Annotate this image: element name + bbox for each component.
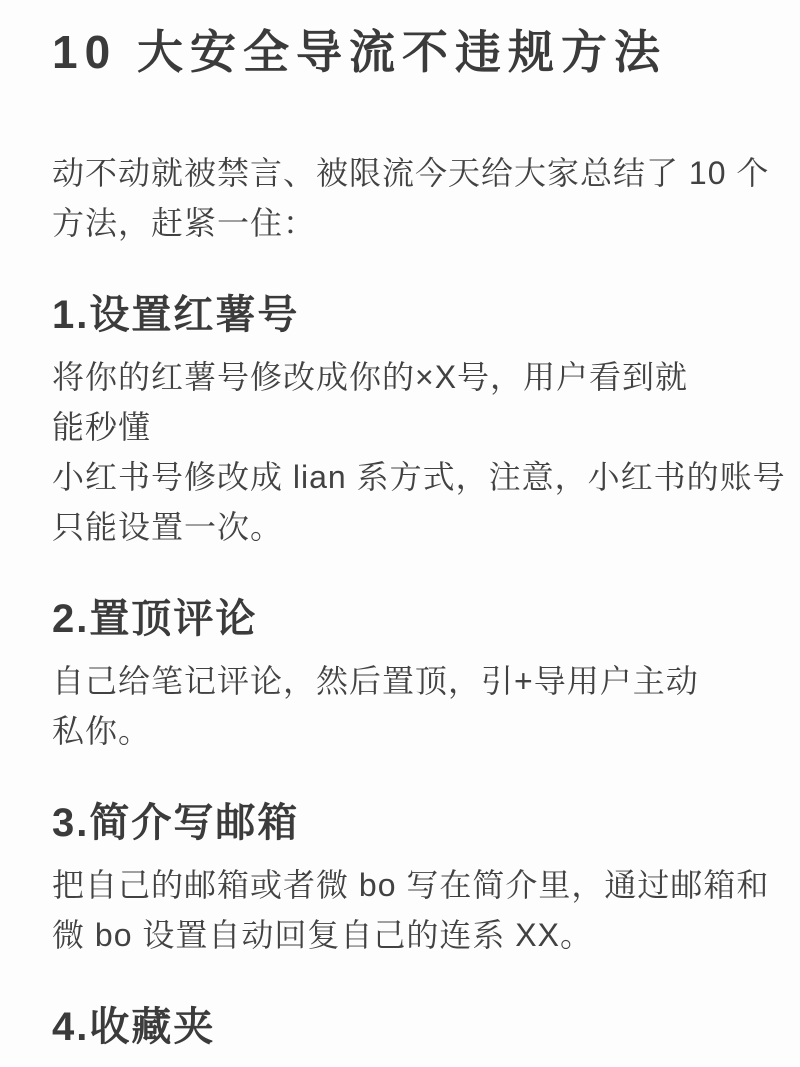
section-body: 自己给笔记评论，然后置顶，引+导用户主动 私你。 xyxy=(52,656,748,756)
intro-paragraph: 动不动就被禁言、被限流今天给大家总结了 10 个 方法，赶紧一住： xyxy=(52,148,748,248)
section-heading: 2.置顶评论 xyxy=(52,594,748,644)
section-favorites-folder: 4.收藏夹 xyxy=(52,1002,748,1052)
note-page: 10 大安全导流不违规方法 动不动就被禁言、被限流今天给大家总结了 10 个 方… xyxy=(0,0,800,1067)
section-body: 把自己的邮箱或者微 bo 写在简介里，通过邮箱和 微 bo 设置自动回复自己的连… xyxy=(52,860,748,960)
section-heading: 4.收藏夹 xyxy=(52,1002,748,1052)
page-title: 10 大安全导流不违规方法 xyxy=(52,22,748,82)
body-line: 能秒懂 xyxy=(52,402,748,452)
body-line: 私你。 xyxy=(52,706,748,756)
section-set-redbook-id: 1.设置红薯号 将你的红薯号修改成你的×X号，用户看到就 能秒懂 小红书号修改成… xyxy=(52,290,748,552)
body-line: 自己给笔记评论，然后置顶，引+导用户主动 xyxy=(52,656,748,706)
body-line: 把自己的邮箱或者微 bo 写在简介里，通过邮箱和 xyxy=(52,860,748,910)
section-body: 将你的红薯号修改成你的×X号，用户看到就 能秒懂 小红书号修改成 lian 系方… xyxy=(52,352,748,552)
section-heading: 3.简介写邮箱 xyxy=(52,798,748,848)
intro-line: 方法，赶紧一住： xyxy=(52,198,748,248)
section-bio-email: 3.简介写邮箱 把自己的邮箱或者微 bo 写在简介里，通过邮箱和 微 bo 设置… xyxy=(52,798,748,960)
section-heading: 1.设置红薯号 xyxy=(52,290,748,340)
section-pinned-comment: 2.置顶评论 自己给笔记评论，然后置顶，引+导用户主动 私你。 xyxy=(52,594,748,756)
body-line: 微 bo 设置自动回复自己的连系 XX。 xyxy=(52,910,748,960)
intro-line: 动不动就被禁言、被限流今天给大家总结了 10 个 xyxy=(52,148,748,198)
body-line: 小红书号修改成 lian 系方式，注意，小红书的账号 xyxy=(52,452,748,502)
body-line: 只能设置一次。 xyxy=(52,502,748,552)
body-line: 将你的红薯号修改成你的×X号，用户看到就 xyxy=(52,352,748,402)
